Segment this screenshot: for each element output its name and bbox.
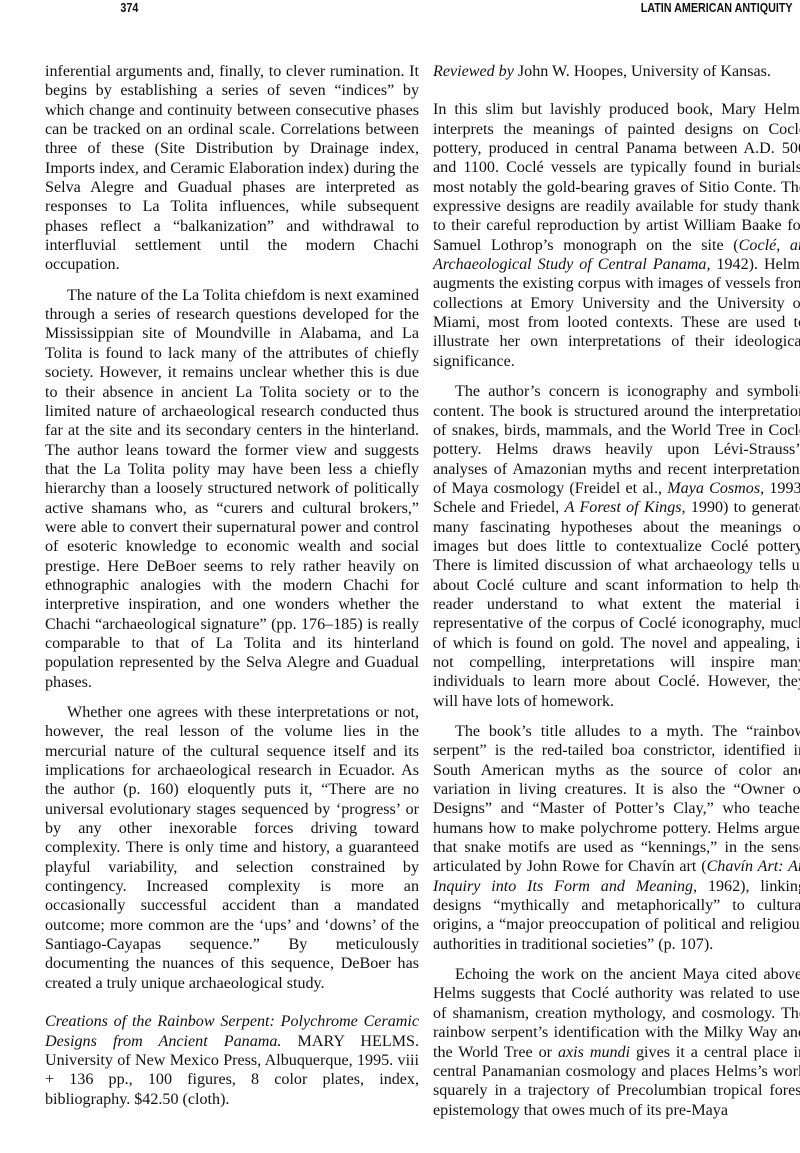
running-header: 374 LATIN AMERICAN ANTIQUITY [Vol. 7, No…: [0, 1, 688, 17]
paragraph: Whether one agrees with these interpreta…: [45, 703, 419, 993]
text: The book’s title alludes to a myth. The …: [433, 723, 800, 875]
citation-title: Maya Cosmos,: [667, 480, 764, 497]
book-details: University of New Mexico Press, Albuquer…: [45, 1052, 419, 1108]
paragraph: The author’s concern is iconography and …: [433, 382, 800, 711]
page-number: 374: [120, 1, 138, 15]
reviewer-name: John W. Hoopes, University of Kansas.: [518, 63, 771, 80]
text: 1942). Helms augments the existing corpu…: [433, 256, 800, 370]
latin-term: axis mundi: [558, 1044, 630, 1061]
text: In this slim but lavishly produced book,…: [433, 101, 800, 253]
paragraph: The nature of the La Tolita chiefdom is …: [45, 286, 419, 692]
paragraph: Echoing the work on the ancient Maya cit…: [433, 965, 800, 1120]
reviewed-by-label: Reviewed by: [433, 63, 514, 80]
reviewer-line: Reviewed by John W. Hoopes, University o…: [433, 62, 800, 81]
paragraph: inferential arguments and, finally, to c…: [45, 62, 419, 275]
paragraph: In this slim but lavishly produced book,…: [433, 100, 800, 371]
text: 1990) to generate many fascinating hypot…: [433, 499, 800, 709]
book-citation: Creations of the Rainbow Serpent: Polych…: [45, 1012, 419, 1109]
right-column: Reviewed by John W. Hoopes, University o…: [433, 62, 800, 1128]
citation-title: A Forest of Kings,: [565, 499, 686, 516]
paragraph: The book’s title alludes to a myth. The …: [433, 722, 800, 954]
left-column: inferential arguments and, finally, to c…: [45, 62, 419, 1117]
journal-title: LATIN AMERICAN ANTIQUITY: [641, 1, 793, 15]
book-author: MARY HELMS.: [298, 1033, 419, 1050]
